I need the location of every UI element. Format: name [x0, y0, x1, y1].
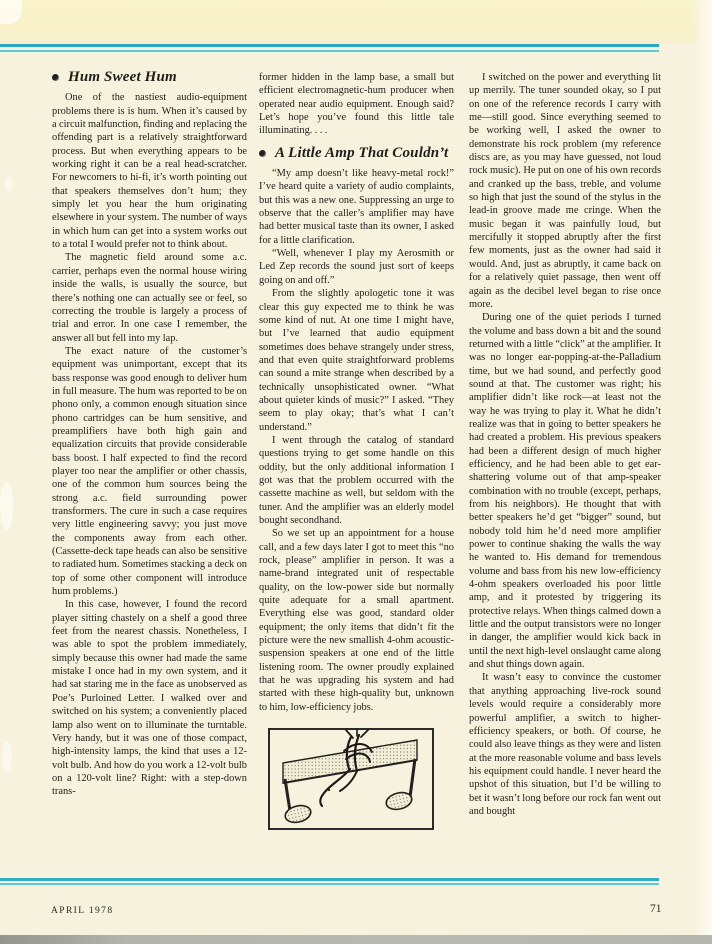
paragraph: The magnetic field around some a.c. carr… — [52, 251, 247, 344]
rule-line-light — [0, 50, 659, 52]
paragraph: During one of the quiet periods I turned… — [469, 311, 661, 671]
paragraph: “Well, whenever I play my Aerosmith or L… — [259, 247, 454, 287]
paragraph-continuation: former hidden in the lamp base, a small … — [259, 71, 454, 138]
bullet-icon — [52, 74, 59, 81]
article-title-hum-sweet-hum: Hum Sweet Hum — [52, 71, 247, 84]
bottom-divider-rule — [0, 878, 659, 885]
paragraph: From the slightly apologetic tone it was… — [259, 287, 454, 434]
column-2: former hidden in the lamp base, a small … — [259, 71, 454, 872]
bottom-page-edge — [0, 935, 712, 944]
article-title-a-little-amp: A Little Amp That Couldn’t — [259, 147, 454, 160]
paragraph: So we set up an appointment for a house … — [259, 527, 454, 714]
page-edge-highlight — [693, 0, 712, 944]
issue-date: APRIL 1978 — [51, 906, 113, 916]
article-title-text: Hum Sweet Hum — [68, 71, 177, 84]
magazine-page: Hum Sweet Hum One of the nastiest audio-… — [0, 0, 712, 944]
scan-artifact — [2, 742, 12, 772]
paragraph: In this case, however, I found the recor… — [52, 598, 247, 798]
rule-line-light — [0, 883, 659, 885]
top-divider-rule — [0, 44, 659, 52]
page-number: 71 — [650, 903, 662, 915]
scan-artifact — [0, 482, 13, 530]
paragraph: The exact nature of the customer’s equip… — [52, 345, 247, 599]
bullet-icon — [259, 150, 266, 157]
column-1: Hum Sweet Hum One of the nastiest audio-… — [52, 71, 247, 872]
column-3: I switched on the power and everything l… — [469, 71, 661, 872]
paragraph: It wasn’t easy to convince the customer … — [469, 671, 661, 818]
knotted-music-note-illustration — [267, 727, 435, 831]
top-margin-band — [0, 0, 712, 44]
paragraph: “My amp doesn’t like heavy-metal rock!” … — [259, 167, 454, 247]
paragraph: I switched on the power and everything l… — [469, 71, 661, 311]
paragraph: One of the nastiest audio-equipment prob… — [52, 91, 247, 251]
article-title-text: A Little Amp That Couldn’t — [275, 147, 448, 160]
paragraph: I went through the catalog of standard q… — [259, 434, 454, 527]
scan-artifact — [5, 176, 13, 192]
